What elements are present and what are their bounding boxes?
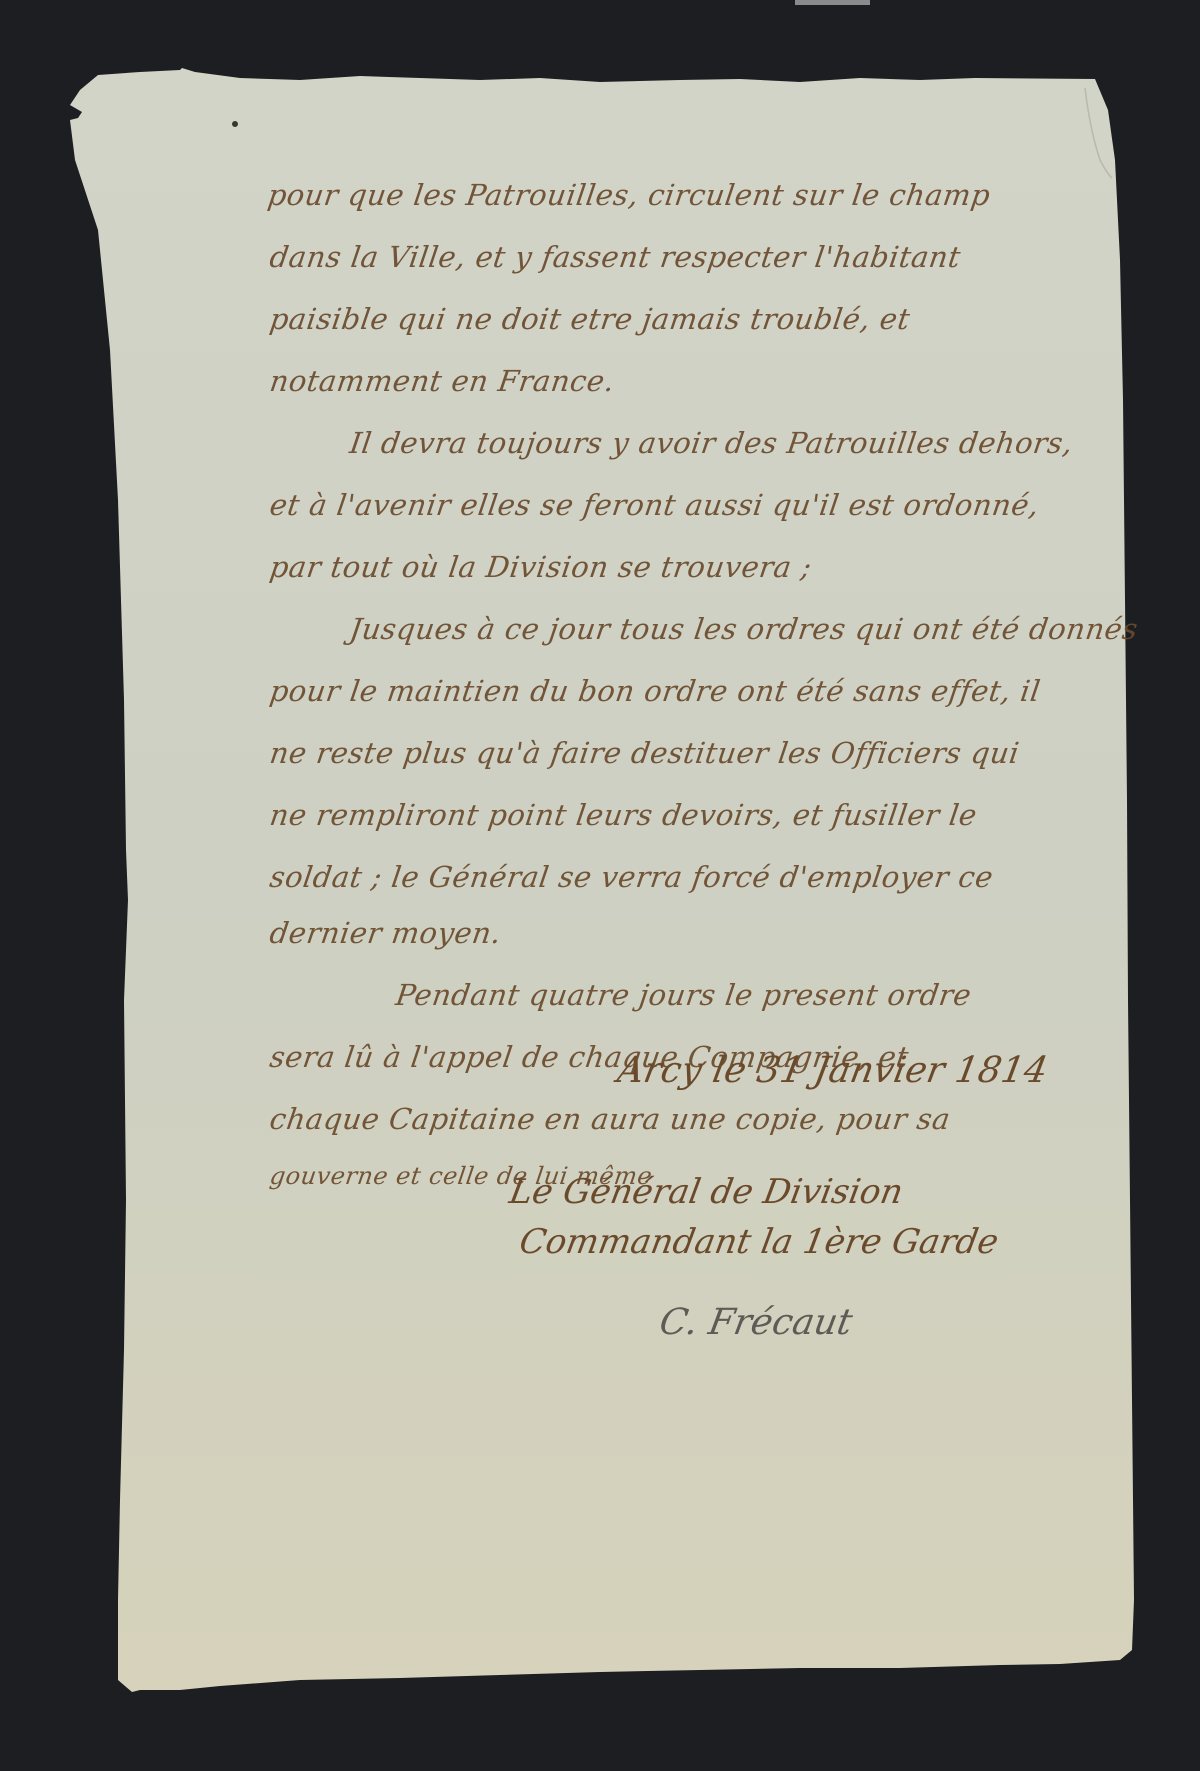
body-line: et à l'avenir elles se feront aussi qu'i… <box>268 488 1042 522</box>
body-line: paisible qui ne doit etre jamais troublé… <box>268 302 913 336</box>
signature-command: Commandant la 1ère Garde <box>516 1222 1001 1262</box>
body-line: pour que les Patrouilles, circulent sur … <box>266 178 993 212</box>
body-line: Pendant quatre jours le present ordre <box>394 978 974 1012</box>
body-line: dernier moyen. <box>268 916 504 950</box>
body-line: Jusques à ce jour tous les ordres qui on… <box>348 612 1141 646</box>
body-line: ne reste plus qu'à faire destituer les O… <box>268 736 1022 770</box>
body-line: ne rempliront point leurs devoirs, et fu… <box>268 798 980 832</box>
body-line: dans la Ville, et y fassent respecter l'… <box>268 240 963 274</box>
body-line: soldat ; le Général se verra forcé d'emp… <box>268 860 996 894</box>
body-line: Il devra toujours y avoir des Patrouille… <box>348 426 1076 460</box>
body-line: pour le maintien du bon ordre ont été sa… <box>268 674 1043 708</box>
signature-name: C. Frécaut <box>656 1302 855 1343</box>
body-line: par tout où la Division se trouvera ; <box>268 550 814 584</box>
dateline: Arcy le 31 Janvier 1814 <box>614 1050 1050 1091</box>
ink-speck <box>232 121 238 127</box>
body-line: chaque Capitaine en aura une copie, pour… <box>268 1102 953 1136</box>
signature-title: Le Général de Division <box>506 1172 906 1212</box>
manuscript-page: pour que les Patrouilles, circulent sur … <box>0 0 1200 1771</box>
body-line: notamment en France. <box>268 364 617 398</box>
